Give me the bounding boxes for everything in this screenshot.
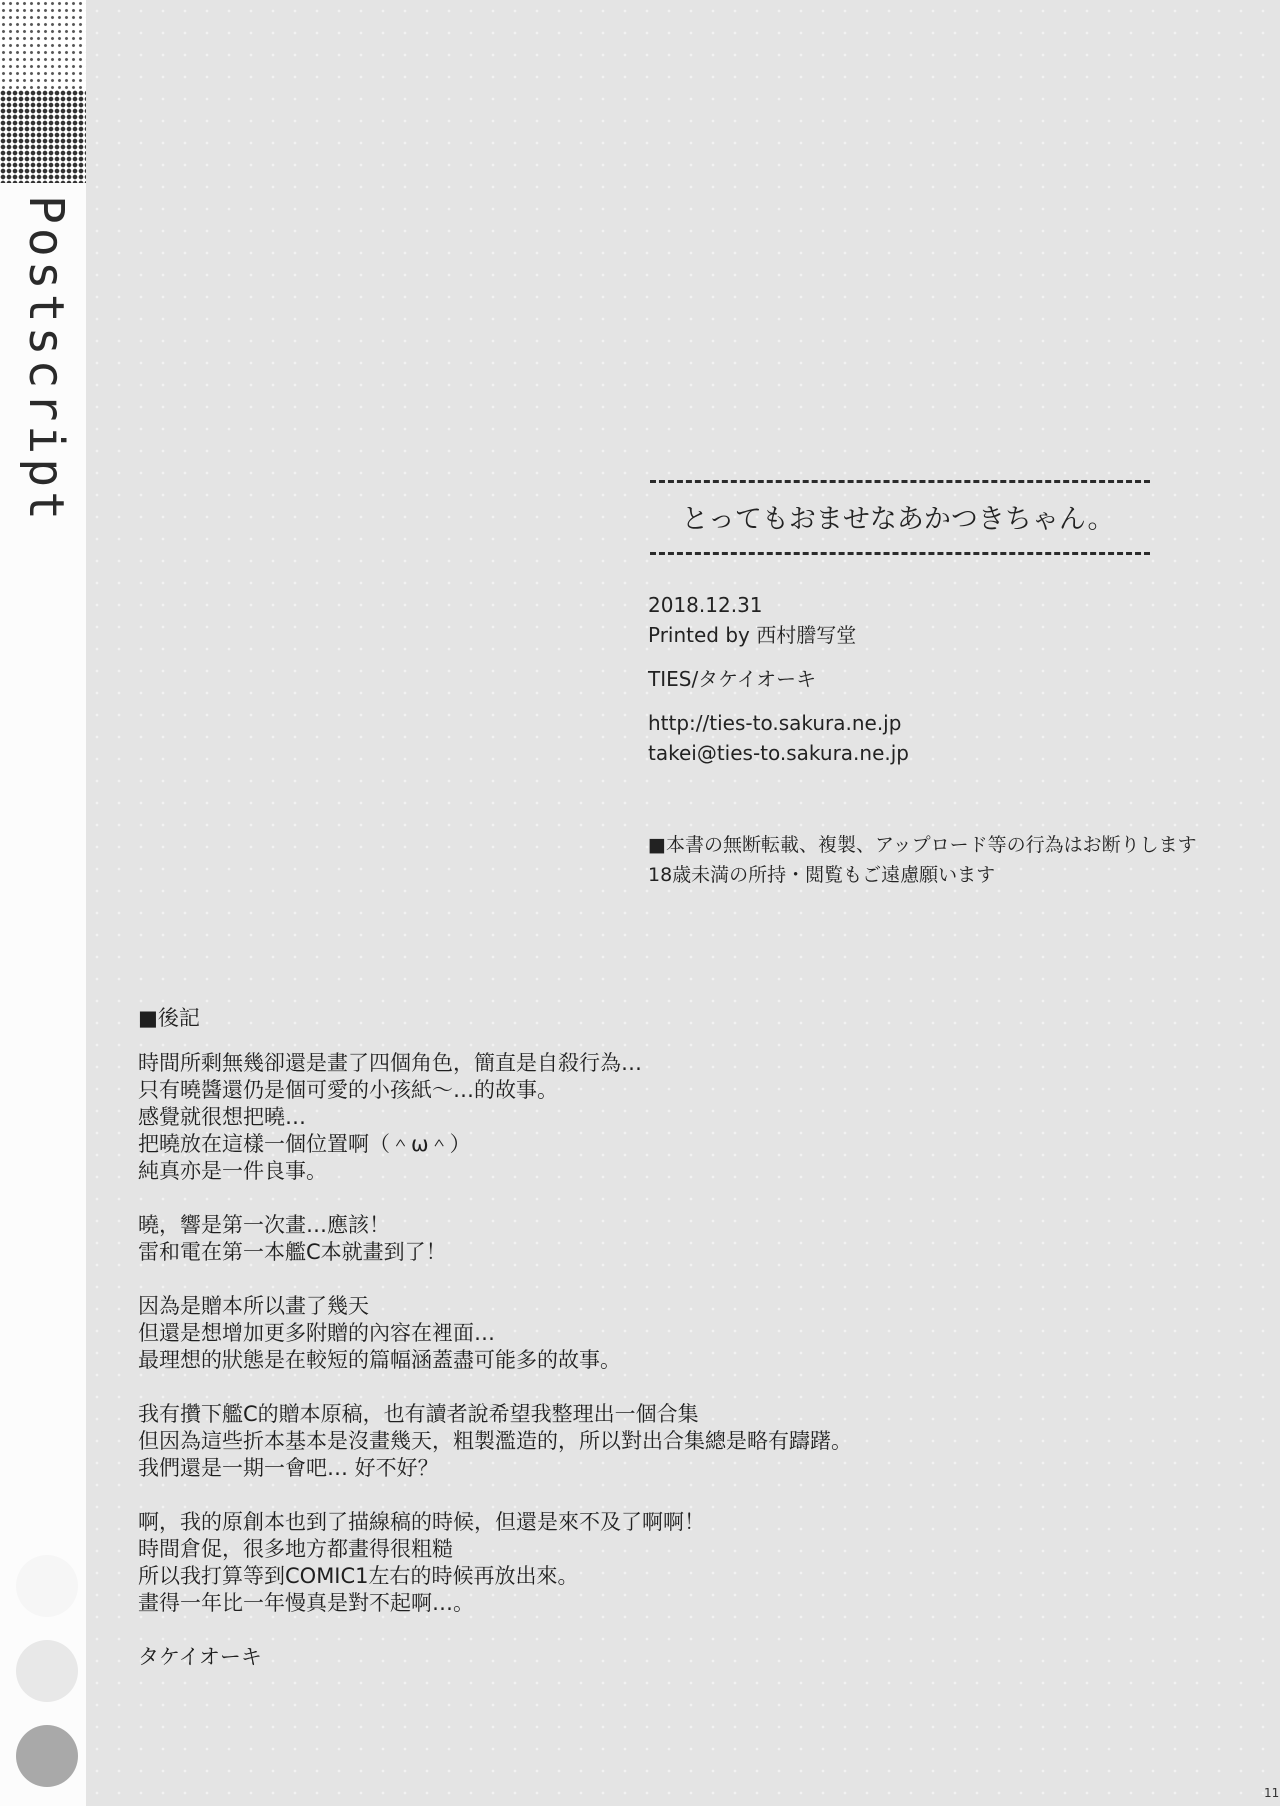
postscript-section: ■後記 時間所剩無幾卻還是畫了四個角色，簡直是自殺行為… 只有曉醬還仍是個可愛的… — [138, 1005, 852, 1671]
contact-email[interactable]: takei@ties-to.sakura.ne.jp — [648, 738, 909, 768]
book-title: とってもおませなあかつきちゃん。 — [648, 483, 1148, 552]
publish-date: 2018.12.31 — [648, 590, 909, 620]
paragraph: 時間所剩無幾卻還是畫了四個角色，簡直是自殺行為… 只有曉醬還仍是個可愛的小孩紙～… — [138, 1050, 852, 1185]
text-line: 我有攢下艦C的贈本原稿，也有讀者說希望我整理出一個合集 — [138, 1401, 852, 1428]
circle-author: TIES/タケイオーキ — [648, 664, 909, 694]
paragraph: 因為是贈本所以畫了幾天 但還是想增加更多附贈的內容在裡面… 最理想的狀態是在較短… — [138, 1293, 852, 1374]
text-line: 感覺就很想把曉… — [138, 1104, 852, 1131]
text-line: 啊，我的原創本也到了描線稿的時候，但還是來不及了啊啊！ — [138, 1509, 852, 1536]
notice-line: ■本書の無断転載、複製、アップロード等の行為はお断りします — [648, 830, 1197, 860]
left-margin-strip: Postscript — [0, 0, 86, 1806]
text-line: 我們還是一期一會吧… 好不好？ — [138, 1455, 852, 1482]
text-line: 但因為這些折本基本是沒畫幾天，粗製濫造的，所以對出合集總是略有躊躇。 — [138, 1428, 852, 1455]
author-signature: タケイオーキ — [138, 1644, 852, 1671]
dashed-divider-bottom — [650, 552, 1150, 555]
colophon-meta: 2018.12.31 Printed by 西村謄写堂 TIES/タケイオーキ … — [648, 590, 909, 768]
page-number: 11 — [1264, 1786, 1279, 1800]
text-line: 只有曉醬還仍是個可愛的小孩紙～…的故事。 — [138, 1077, 852, 1104]
text-line: 但還是想增加更多附贈的內容在裡面… — [138, 1320, 852, 1347]
halftone-pattern-dark — [0, 90, 86, 183]
side-label: Postscript — [22, 195, 70, 524]
text-line: 畫得一年比一年慢真是對不起啊…。 — [138, 1590, 852, 1617]
text-line: 時間所剩無幾卻還是畫了四個角色，簡直是自殺行為… — [138, 1050, 852, 1077]
colophon-title-block: とってもおませなあかつきちゃん。 — [648, 480, 1168, 555]
text-line: 因為是贈本所以畫了幾天 — [138, 1293, 852, 1320]
notice-line: 18歳未満の所持・閲覧もご遠慮願います — [648, 860, 1197, 890]
halftone-pattern-light — [0, 0, 86, 90]
text-line: 雷和電在第一本艦C本就畫到了！ — [138, 1239, 852, 1266]
decorative-circle-light-gray — [16, 1640, 78, 1702]
website-url[interactable]: http://ties-to.sakura.ne.jp — [648, 708, 909, 738]
printer: Printed by 西村謄写堂 — [648, 620, 909, 650]
text-line: 所以我打算等到COMIC1左右的時候再放出來。 — [138, 1563, 852, 1590]
copyright-notice: ■本書の無断転載、複製、アップロード等の行為はお断りします 18歳未満の所持・閲… — [648, 830, 1197, 890]
text-line: 純真亦是一件良事。 — [138, 1158, 852, 1185]
paragraph: 啊，我的原創本也到了描線稿的時候，但還是來不及了啊啊！ 時間倉促，很多地方都畫得… — [138, 1509, 852, 1617]
postscript-heading: ■後記 — [138, 1005, 852, 1032]
text-line: 時間倉促，很多地方都畫得很粗糙 — [138, 1536, 852, 1563]
text-line: 曉，響是第一次畫…應該！ — [138, 1212, 852, 1239]
decorative-circle-white — [16, 1555, 78, 1617]
paragraph: 曉，響是第一次畫…應該！ 雷和電在第一本艦C本就畫到了！ — [138, 1212, 852, 1266]
paragraph: 我有攢下艦C的贈本原稿，也有讀者說希望我整理出一個合集 但因為這些折本基本是沒畫… — [138, 1401, 852, 1482]
text-line: 最理想的狀態是在較短的篇幅涵蓋盡可能多的故事。 — [138, 1347, 852, 1374]
text-line: 把曉放在這樣一個位置啊（＾ω＾） — [138, 1131, 852, 1158]
decorative-circle-gray — [16, 1725, 78, 1787]
